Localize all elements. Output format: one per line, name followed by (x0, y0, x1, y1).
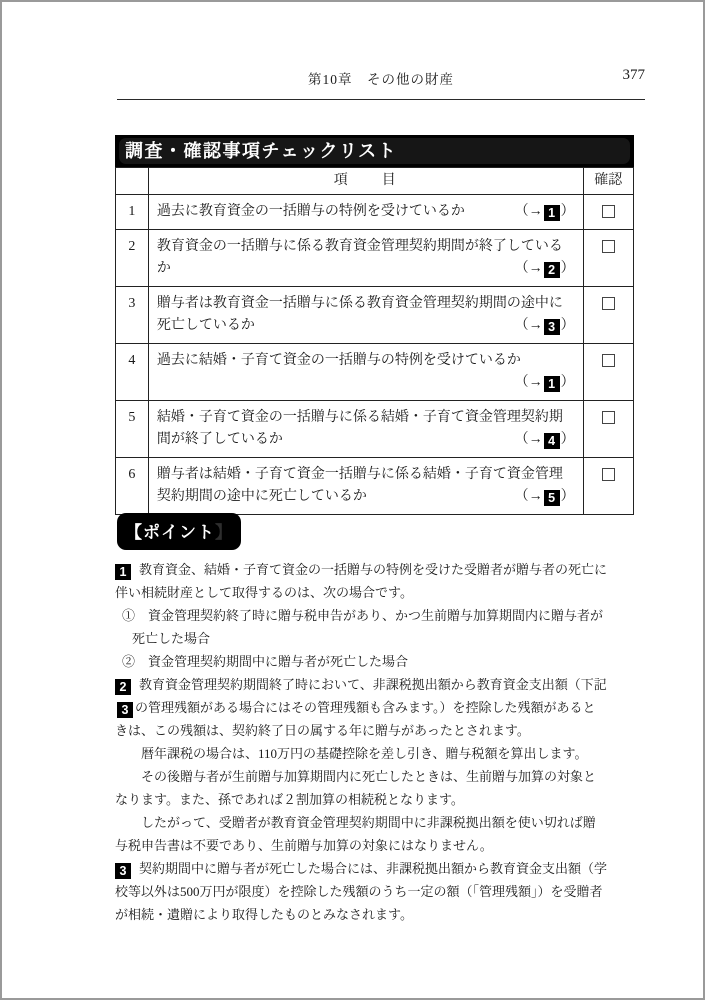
ref-marker: （→2） (515, 258, 575, 280)
inline-ref-badge: 3 (117, 702, 133, 718)
ref-open: （→ (515, 432, 543, 447)
point-paragraph: 2教育資金管理契約期間終了時において、非課税拠出額から教育資金支出額（下記3の管… (115, 673, 607, 742)
row-item-cell: 教育資金の一括贈与に係る教育資金管理契約期間が終了しているか （→2） (148, 230, 583, 287)
row-check-cell (583, 458, 633, 515)
row-item-cell: 贈与者は教育資金一括贈与に係る教育資金管理契約期間の途中に死亡しているか （→3… (148, 287, 583, 344)
row-check-cell (583, 401, 633, 458)
checkbox[interactable] (602, 411, 615, 424)
book-page: 第10章 その他の財産 377 調査・確認事項チェックリスト 項 目 確認 1 … (0, 0, 705, 1000)
ref-number-badge: 4 (544, 433, 560, 449)
point-item: 3契約期間中に贈与者が死亡した場合には、非課税拠出額から教育資金支出額（学校等以… (115, 857, 607, 926)
header-check: 確認 (583, 168, 633, 195)
row-item-cell: 贈与者は結婚・子育て資金一括贈与に係る結婚・子育て資金管理契約期間の途中に死亡し… (148, 458, 583, 515)
checkbox[interactable] (602, 468, 615, 481)
ref-close: ） (561, 489, 575, 504)
table-row: 1 過去に教育資金の一括贈与の特例を受けているか （→1） (116, 195, 634, 230)
point-item: 2教育資金管理契約期間終了時において、非課税拠出額から教育資金支出額（下記3の管… (115, 673, 607, 857)
ref-number-badge: 1 (544, 205, 560, 221)
point-text: 教育資金管理契約期間終了時において、非課税拠出額から教育資金支出額（下記 (139, 677, 607, 692)
row-item-cell: 結婚・子育て資金の一括贈与に係る結婚・子育て資金管理契約期間が終了しているか （… (148, 401, 583, 458)
point-number-badge: 3 (115, 863, 131, 879)
ref-close: ） (561, 318, 575, 333)
row-check-cell (583, 195, 633, 230)
page-number: 377 (623, 67, 646, 84)
row-number: 1 (116, 195, 149, 230)
row-item-cell: 過去に結婚・子育て資金の一括贈与の特例を受けているか （→1） (148, 344, 583, 401)
ref-open: （→ (515, 318, 543, 333)
ref-open: （→ (515, 204, 543, 219)
table-row: 6 贈与者は結婚・子育て資金一括贈与に係る結婚・子育て資金管理契約期間の途中に死… (116, 458, 634, 515)
row-item-text: 過去に教育資金の一括贈与の特例を受けているか (157, 204, 465, 219)
table-row: 4 過去に結婚・子育て資金の一括贈与の特例を受けているか （→1） (116, 344, 634, 401)
checkbox[interactable] (602, 240, 615, 253)
row-number: 4 (116, 344, 149, 401)
row-item-text: 教育資金の一括贈与に係る教育資金管理契約期間が終了しているか (157, 239, 563, 276)
row-item-text: 過去に結婚・子育て資金の一括贈与の特例を受けているか (157, 353, 521, 368)
row-number: 6 (116, 458, 149, 515)
ref-number-badge: 5 (544, 490, 560, 506)
table-row: 5 結婚・子育て資金の一括贈与に係る結婚・子育て資金管理契約期間が終了しているか… (116, 401, 634, 458)
ref-open: （→ (515, 261, 543, 276)
ref-close: ） (561, 261, 575, 276)
row-number: 5 (116, 401, 149, 458)
table-row: 3 贈与者は教育資金一括贈与に係る教育資金管理契約期間の途中に死亡しているか （… (116, 287, 634, 344)
row-item-text: 贈与者は教育資金一括贈与に係る教育資金管理契約期間の途中に死亡しているか (157, 296, 563, 333)
ref-open: （→ (515, 489, 543, 504)
ref-number-badge: 3 (544, 319, 560, 335)
running-head: 第10章 その他の財産 377 (117, 68, 645, 100)
checkbox[interactable] (602, 354, 615, 367)
ref-close: ） (561, 375, 575, 390)
point-text: 契約期間中に贈与者が死亡した場合には、非課税拠出額から教育資金支出額（学校等以外… (115, 861, 607, 922)
point-paragraph: したがって、受贈者が教育資金管理契約期間中に非課税拠出額を使い切れば贈与税申告書… (115, 811, 607, 857)
point-paragraph: 1教育資金、結婚・子育て資金の一括贈与の特例を受けた受贈者が贈与者の死亡に伴い相… (115, 558, 607, 604)
point-number-badge: 2 (115, 679, 131, 695)
points-section: 1教育資金、結婚・子育て資金の一括贈与の特例を受けた受贈者が贈与者の死亡に伴い相… (115, 558, 607, 926)
row-item-text: 贈与者は結婚・子育て資金一括贈与に係る結婚・子育て資金管理契約期間の途中に死亡し… (157, 467, 563, 504)
point-text: の管理残額がある場合にはその管理残額も含みます。）を控除した残額があるときは、こ… (115, 700, 595, 738)
row-item-text: 結婚・子育て資金の一括贈与に係る結婚・子育て資金管理契約期間が終了しているか (157, 410, 563, 447)
point-paragraph: 3契約期間中に贈与者が死亡した場合には、非課税拠出額から教育資金支出額（学校等以… (115, 857, 607, 926)
row-number: 2 (116, 230, 149, 287)
chapter-title: 第10章 その他の財産 (117, 68, 645, 88)
point-paragraph: 暦年課税の場合は、110万円の基礎控除を差し引き、贈与税額を算出します。 (115, 742, 607, 765)
ref-marker: （→1） (515, 372, 575, 394)
checkbox[interactable] (602, 205, 615, 218)
checklist-title-bar: 調査・確認事項チェックリスト (115, 135, 634, 167)
point-item: 1教育資金、結婚・子育て資金の一括贈与の特例を受けた受贈者が贈与者の死亡に伴い相… (115, 558, 607, 673)
table-row: 2 教育資金の一括贈与に係る教育資金管理契約期間が終了しているか （→2） (116, 230, 634, 287)
points-badge-bracket-right: 】 (215, 523, 233, 542)
row-check-cell (583, 344, 633, 401)
points-badge-label: ポイント (143, 523, 215, 542)
row-item-cell: 過去に教育資金の一括贈与の特例を受けているか （→1） (148, 195, 583, 230)
header-no-cell (116, 168, 149, 195)
ref-marker: （→1） (515, 201, 575, 223)
ref-marker: （→4） (515, 429, 575, 451)
row-check-cell (583, 287, 633, 344)
header-item: 項 目 (148, 168, 583, 195)
points-badge: 【ポイント】 (117, 513, 241, 550)
ref-marker: （→5） (515, 486, 575, 508)
checklist-title: 調査・確認事項チェックリスト (115, 135, 634, 167)
ref-open: （→ (515, 375, 543, 390)
ref-number-badge: 2 (544, 262, 560, 278)
checklist-table: 項 目 確認 1 過去に教育資金の一括贈与の特例を受けているか （→1） 2 教… (115, 167, 634, 515)
ref-close: ） (561, 204, 575, 219)
ref-close: ） (561, 432, 575, 447)
row-check-cell (583, 230, 633, 287)
points-badge-bracket-left: 【 (125, 523, 143, 542)
ref-marker: （→3） (515, 315, 575, 337)
point-paragraph: その後贈与者が生前贈与加算期間内に死亡したときは、生前贈与加算の対象となります。… (115, 765, 607, 811)
row-number: 3 (116, 287, 149, 344)
point-subitem: ① 資金管理契約終了時に贈与税申告があり、かつ生前贈与加算期間内に贈与者が死亡し… (115, 604, 607, 650)
table-header-row: 項 目 確認 (116, 168, 634, 195)
point-number-badge: 1 (115, 564, 131, 580)
point-text: 教育資金、結婚・子育て資金の一括贈与の特例を受けた受贈者が贈与者の死亡に伴い相続… (115, 562, 607, 600)
point-subitem: ② 資金管理契約期間中に贈与者が死亡した場合 (115, 650, 607, 673)
checkbox[interactable] (602, 297, 615, 310)
ref-number-badge: 1 (544, 376, 560, 392)
